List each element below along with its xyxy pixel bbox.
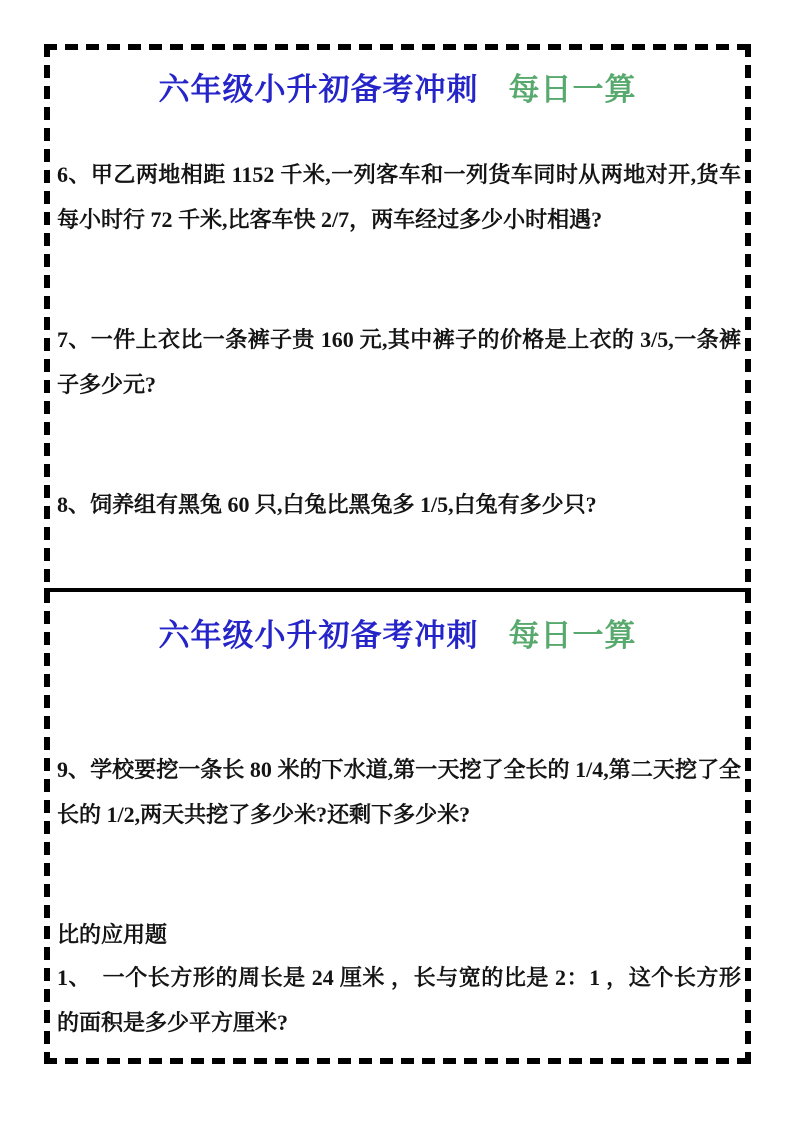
section-2-title: 六年级小升初备考冲刺每日一算: [50, 610, 745, 655]
dashed-border-top: [44, 44, 751, 50]
section-divider-line: [44, 588, 751, 592]
section-2-title-accent: 每日一算: [509, 618, 637, 653]
section-2-title-main: 六年级小升初备考冲刺: [159, 618, 479, 653]
problem-ratio-1: 1、 一个长方形的周长是 24 厘米 ，长与宽的比是 2：1 ，这个长方形的面积…: [57, 955, 741, 1045]
dashed-border-bottom: [44, 1058, 751, 1064]
problem-7: 7、一件上衣比一条裤子贵 160 元,其中裤子的价格是上衣的 3/5,一条裤子多…: [57, 317, 741, 407]
section-1-title-main: 六年级小升初备考冲刺: [159, 72, 479, 107]
problem-6: 6、甲乙两地相距 1152 千米,一列客车和一列货车同时从两地对开,货车每小时行…: [57, 152, 741, 242]
subheading-ratio-word-problems: 比的应用题: [57, 912, 741, 957]
problem-8: 8、饲养组有黑兔 60 只,白兔比黑兔多 1/5,白兔有多少只?: [57, 482, 741, 527]
section-1-title-accent: 每日一算: [509, 72, 637, 107]
section-1-title: 六年级小升初备考冲刺每日一算: [50, 64, 745, 109]
dashed-border-right: [745, 44, 751, 1064]
worksheet-page: 六年级小升初备考冲刺每日一算 6、甲乙两地相距 1152 千米,一列客车和一列货…: [0, 0, 793, 1122]
dashed-border-left: [44, 44, 50, 1064]
problem-9: 9、学校要挖一条长 80 米的下水道,第一天挖了全长的 1/4,第二天挖了全长的…: [57, 747, 741, 837]
